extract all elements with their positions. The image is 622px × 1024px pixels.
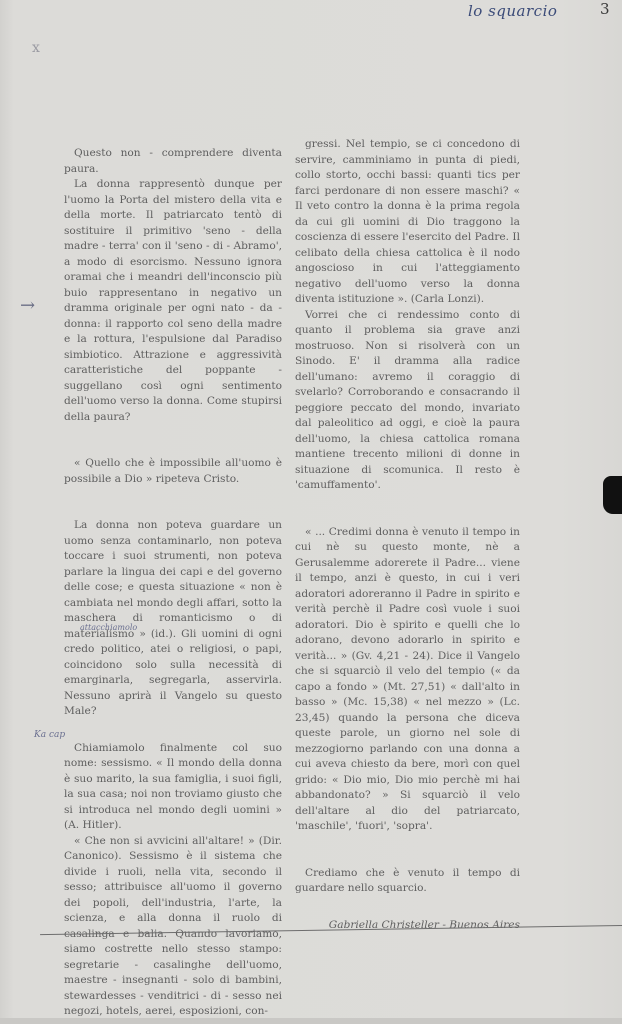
closing-paragraph: Crediamo che è venuto il tempo di guarda… bbox=[295, 866, 520, 897]
quote-paragraph: « ... Credimi donna è venuto il tempo in… bbox=[295, 525, 520, 835]
signature: Gabriella Christeller - Buenos Aires bbox=[295, 918, 520, 934]
handwritten-title: lo squarcio bbox=[468, 2, 557, 20]
paragraph: Chiamiamolo finalmente col suo nome: ses… bbox=[64, 741, 282, 834]
margin-arrow-icon: → bbox=[20, 295, 35, 316]
margin-x-mark: x bbox=[32, 40, 40, 56]
paragraph: gressi. Nel tempio, se ci concedono di s… bbox=[295, 137, 520, 308]
page-number: 3 bbox=[600, 0, 610, 18]
left-column: Questo non - comprendere diventa paura. … bbox=[64, 146, 282, 1020]
page-bottom-edge bbox=[0, 1018, 622, 1024]
margin-note: Ka cap bbox=[34, 730, 65, 741]
paragraph: La donna rappresentò dunque per l'uomo l… bbox=[64, 177, 282, 425]
scanned-page: lo squarcio 3 x → attacchiamolo Ka cap Q… bbox=[0, 0, 622, 1024]
page-tear bbox=[603, 476, 622, 514]
quote-paragraph: « Quello che è impossibile all'uomo è po… bbox=[64, 456, 282, 487]
paragraph: Vorrei che ci rendessimo conto di quanto… bbox=[295, 308, 520, 494]
paragraph: La donna non poteva guardare un uomo sen… bbox=[64, 518, 282, 720]
paragraph: « Che non si avvicini all'altare! » (Dir… bbox=[64, 834, 282, 1020]
right-column: gressi. Nel tempio, se ci concedono di s… bbox=[295, 137, 520, 933]
paragraph: Questo non - comprendere diventa paura. bbox=[64, 146, 282, 177]
